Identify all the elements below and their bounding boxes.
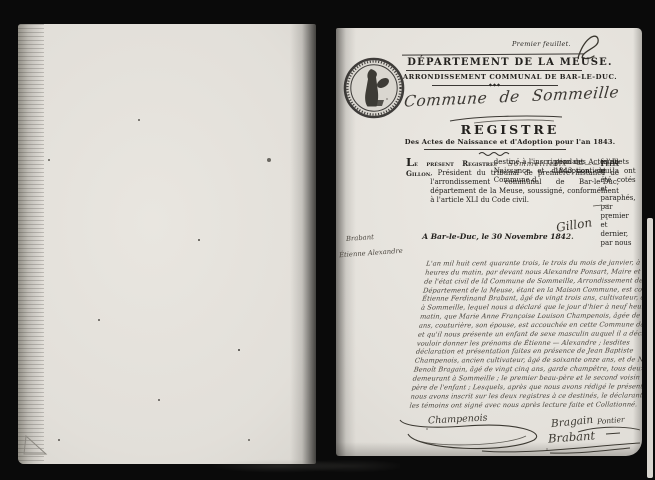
subtitle-rule: [424, 149, 566, 150]
handwritten-birth-act: L'an mil huit cent quarante trois, le tr…: [409, 258, 642, 410]
margin-note-firstnames: Étienne Alexandre: [339, 247, 403, 259]
dateline: A Bar-le-Duc, le 30 Novembre 1842.: [398, 232, 598, 241]
paper-specks: [138, 119, 140, 121]
intro-segment-4: , Président du tribunal de première inst…: [430, 169, 619, 205]
sheet-number-label: Premier feuillet.: [512, 40, 582, 48]
handwritten-dash-mark: [592, 204, 610, 207]
blank-left-page: [18, 24, 316, 464]
official-stamp-icon: [342, 56, 406, 120]
subtitle-squiggle-ornament: [478, 151, 512, 157]
dateline-handwritten-digit: 2.: [566, 232, 574, 241]
scanned-register-spread: Premier feuillet. DÉPARTEMENT DE LA MEUS…: [0, 0, 655, 480]
act-line: les témoins ont signé avec nous après le…: [409, 400, 636, 410]
department-heading: DÉPARTEMENT DE LA MEUSE.: [384, 57, 636, 68]
registre-title: REGISTRE: [384, 122, 636, 137]
scan-smudge: [200, 458, 400, 474]
brabant-underline-flourish: [480, 441, 642, 455]
dropcap: L: [406, 155, 414, 169]
folded-corner-mark: [22, 424, 56, 458]
registre-subtitle: Des Actes de Naissance et d'Adoption pou…: [370, 138, 642, 146]
header-rule-mid: [406, 70, 582, 71]
paper-specks: [486, 278, 488, 280]
margin-note-surname: Brabant: [346, 233, 374, 243]
header-rule-top: [402, 53, 584, 55]
register-title-page: Premier feuillet. DÉPARTEMENT DE LA MEUS…: [336, 28, 642, 456]
commune-handwritten-title: Commune de Sommeille: [403, 83, 615, 110]
page-block-edge: [18, 24, 44, 464]
dateline-printed: A Bar-le-Duc, le 30 Novembre 184: [422, 232, 566, 241]
arrondissement-heading: ARRONDISSEMENT COMMUNAL DE BAR-LE-DUC.: [384, 73, 636, 81]
printed-certification-paragraph: Le présent Registre destiné à l'inscript…: [406, 158, 619, 179]
next-page-edge: [647, 218, 653, 478]
paraph-flourish-icon: [574, 30, 604, 60]
smallcaps-opening: e présent Registre: [414, 159, 494, 168]
diamond-ornament: ◆◆◆: [482, 82, 508, 87]
